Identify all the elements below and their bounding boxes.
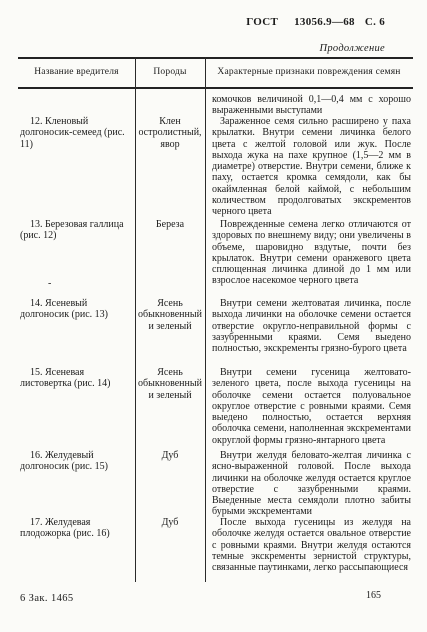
table-header-rule [18,87,413,89]
continuation-note: Продолжение [319,43,385,54]
standard-number: 13056.9—68 [294,16,355,28]
damage-signs: После выхода гусеницы из желудя на оболо… [212,517,411,573]
tree-species: Ясень обыкновенный и зеленый [137,367,203,401]
standard-designation: ГОСТ13056.9—68С. 6 [246,16,385,28]
damage-signs: Зараженное семя сильно расширено у паха … [212,116,411,218]
standard-page-label: С. 6 [365,16,385,28]
pest-name: 17. Желудевая плодожорка (рис. 16) [20,517,130,540]
column-header-species: Породы [135,67,205,77]
table-top-rule [18,57,413,59]
damage-signs: Поврежденные семена легко отличаются от … [212,219,411,287]
tree-species: Дуб [137,450,203,461]
scan-artifact-dash: - [48,278,51,289]
document-page: ГОСТ13056.9—68С. 6 Продолжение Название … [0,0,427,632]
damage-signs: Внутри семени желтоватая личинка, после … [212,298,411,354]
damage-signs: Внутри желудя беловато-желтая личинка с … [212,450,411,518]
damage-signs: Внутри семени гусеница желтовато-зеленог… [212,367,411,446]
tree-species: Ясень обыкновенный и зеленый [137,298,203,332]
pest-name: 14. Ясеневый долгоносик (рис. 13) [20,298,130,321]
column-header-damage-signs: Характерные признаки повреждения семян [205,67,413,77]
pest-name: 16. Желудевый долгоносик (рис. 15) [20,450,130,473]
page-number: 165 [366,590,381,601]
table-column-divider-1 [135,57,136,582]
column-header-pest-name: Название вредителя [18,67,135,77]
pest-name: 12. Кленовый долгоносик-семеед (рис. 11) [20,116,130,150]
tree-species: Дуб [137,517,203,528]
print-imprint: 6 Зак. 1465 [20,593,74,604]
pest-name: 13. Березовая галлица (рис. 12) [20,219,130,242]
pest-name: 15. Ясеневая листовертка (рис. 14) [20,367,130,390]
tree-species: Береза [137,219,203,230]
standard-name: ГОСТ [246,16,278,28]
table-column-divider-2 [205,57,206,582]
carryover-paragraph: комочков величиной 0,1—0,4 мм с хорошо в… [212,94,411,117]
tree-species: Клен остролистный, явор [137,116,203,150]
